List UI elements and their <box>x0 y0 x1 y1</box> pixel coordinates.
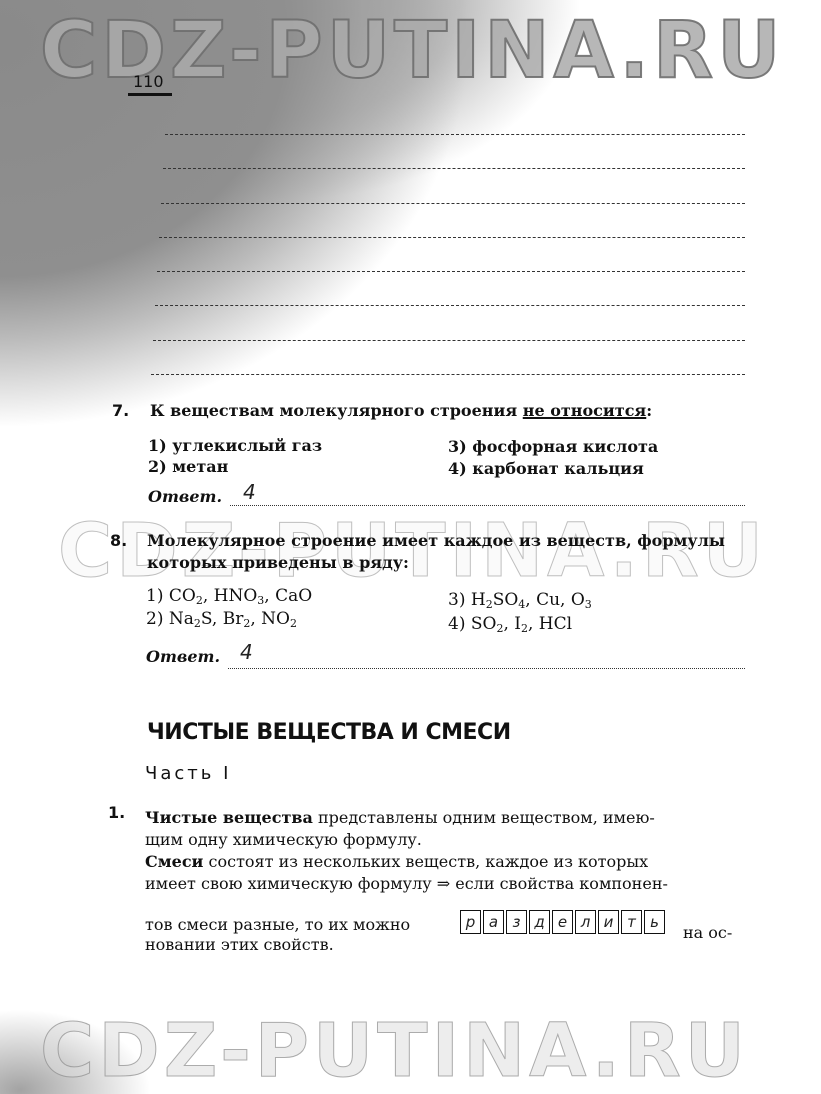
question-7-option-3: 3) фосфорная кислота <box>448 437 658 456</box>
letter-box[interactable]: а <box>483 910 504 934</box>
task-1-paragraph-2: Смеси состоят из нескольких веществ, каж… <box>145 851 742 895</box>
writing-line[interactable] <box>165 134 745 135</box>
letter-box[interactable]: ь <box>644 910 665 934</box>
question-7-option-1: 1) углекислый газ <box>148 436 322 455</box>
question-7-option-2: 2) метан <box>148 457 228 476</box>
task-1-line-4: новании этих свойств. <box>145 934 334 956</box>
question-8-answer-line <box>228 668 745 669</box>
question-8-text: Молекулярное строение имеет каждое из ве… <box>147 530 747 574</box>
page-number: 110 <box>133 72 164 91</box>
writing-line[interactable] <box>163 168 745 169</box>
question-7-answer-line <box>230 505 745 506</box>
letter-box[interactable]: т <box>621 910 642 934</box>
task-1-paragraph-1: Чистые вещества представлены одним вещес… <box>145 807 742 851</box>
answer-letter-boxes[interactable]: разделить <box>460 910 665 934</box>
page-number-underline <box>128 93 172 96</box>
writing-line[interactable] <box>151 374 745 375</box>
question-7-text: К веществам молекулярного строения не от… <box>150 400 652 422</box>
question-8-answer-label: Ответ. <box>146 647 220 666</box>
task-1-number: 1. <box>108 803 125 822</box>
question-8-option-3: 3) H2SO4, Cu, O3 <box>448 590 592 611</box>
letter-box[interactable]: з <box>506 910 527 934</box>
question-7-answer-value[interactable]: 4 <box>243 480 256 504</box>
question-7-option-4: 4) карбонат кальция <box>448 459 644 478</box>
question-7-answer-label: Ответ. <box>148 487 222 506</box>
letter-box[interactable]: р <box>460 910 481 934</box>
question-7-number: 7. <box>112 401 129 420</box>
question-8-option-1: 1) CO2, HNO3, CaO <box>146 586 312 607</box>
section-title: ЧИСТЫЕ ВЕЩЕСТВА И СМЕСИ <box>147 720 511 745</box>
question-8-option-4: 4) SO2, I2, HCl <box>448 614 572 635</box>
part-title: Часть I <box>145 763 231 784</box>
task-1-line-3-prefix: тов смеси разные, то их можно <box>145 914 410 936</box>
task-1-line-3-suffix: на ос- <box>683 922 732 944</box>
writing-line[interactable] <box>161 203 745 204</box>
letter-box[interactable]: е <box>552 910 573 934</box>
question-8-answer-value[interactable]: 4 <box>240 640 253 664</box>
letter-box[interactable]: и <box>598 910 619 934</box>
question-7-emphasis: не относится <box>523 401 647 420</box>
writing-line[interactable] <box>153 340 745 341</box>
writing-line[interactable] <box>159 237 745 238</box>
writing-line[interactable] <box>155 305 745 306</box>
writing-line[interactable] <box>157 271 745 272</box>
question-8-number: 8. <box>110 531 127 550</box>
watermark-bottom: CDZ-PUTINA.RU <box>40 1008 749 1094</box>
question-8-option-2: 2) Na2S, Br2, NO2 <box>146 609 297 630</box>
letter-box[interactable]: л <box>575 910 596 934</box>
letter-box[interactable]: д <box>529 910 550 934</box>
